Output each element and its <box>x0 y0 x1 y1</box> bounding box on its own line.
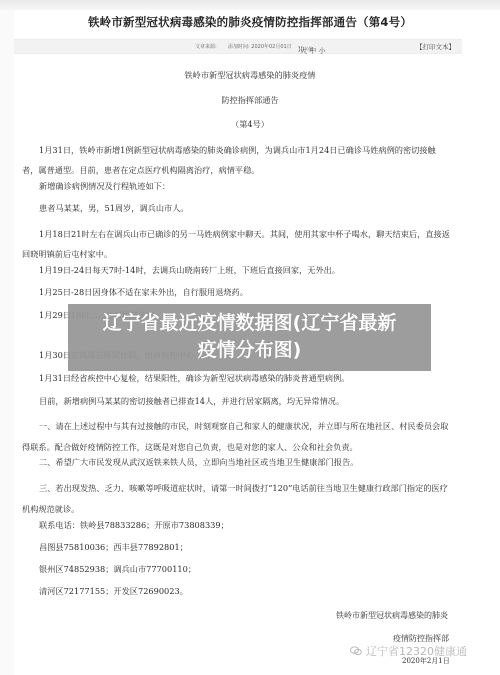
paragraph: 患者马某某，男，51周岁，调兵山市人。 <box>39 203 189 214</box>
top-blur-strip <box>0 0 500 10</box>
paragraph: 三、若出现发热、乏力、咳嗽等呼吸道症状时，请第一时间拨打“120”电话前往当地卫… <box>22 478 452 520</box>
paragraph: 1月18日21时左右在调兵山市已确诊的另一马姓病例家中聊天。其间，使用其家中杯子… <box>22 224 452 264</box>
paragraph: 一、请在上述过程中与其有过接触的市民，时刻观察自己和家人的健康状况，并立即与所在… <box>22 416 452 458</box>
page-margin <box>0 10 14 675</box>
contact-line: 清河区72177155；开发区72690023。 <box>39 586 188 597</box>
paragraph: 新增确诊病例情况及行程轨迹如下： <box>39 181 170 192</box>
font-size-close: 】 <box>298 46 303 53</box>
article-added-time: 添加时间: 2020年02月01日 <box>228 43 292 50</box>
contact-line: 联系电话：铁岭县78833286；开原市73808339； <box>39 520 229 531</box>
paragraph: 1月31日经省疾控中心复检，结果阳性，确诊为新型冠状病毒感染的肺炎普通型病例。 <box>39 373 349 384</box>
contact-line: 银州区74852938；调兵山市77700110； <box>39 564 196 575</box>
page-title: 铁岭市新型冠状病毒感染的肺炎疫情防控指挥部通告（第4号） <box>0 14 500 30</box>
wechat-icon <box>350 646 362 656</box>
article-source: 文章来源: <box>195 43 217 50</box>
font-size-options[interactable]: 大 中 小 <box>300 46 325 56</box>
overlay-title: 辽宁省最近疫情数据图(辽宁省最新 疫情分布图) <box>68 304 431 371</box>
paragraph: 1月31日，铁岭市新增1例新型冠状病毒感染的肺炎确诊病例，为调兵山市1月24日已… <box>22 140 452 180</box>
watermark-text: 辽宁省12320健康通 <box>366 645 467 658</box>
overlay-title-line2: 疫情分布图) <box>198 339 302 361</box>
doc-heading-line2: 防控指挥部通告 <box>0 95 500 106</box>
paragraph: 1月19日-24日每天7时-14时，去调兵山晓南砖厂上班，下班后直接回家，无外出… <box>39 265 340 276</box>
paragraph: 二、希望广大市民发现从武汉返铁来铁人员，立即向当地社区或当地卫生健康部门报告。 <box>39 457 358 468</box>
paragraph: 1月25日-28日因身体不适在家未外出，自行服用退烧药。 <box>39 287 248 298</box>
overlay-title-line1: 辽宁省最近疫情数据图(辽宁省最新 <box>28 310 471 337</box>
watermark: 辽宁省12320健康通 <box>350 643 467 659</box>
signature-org-line1: 铁岭市新型冠状病毒感染的肺炎 <box>336 610 448 621</box>
paragraph: 目前，新增病例马某某的密切接触者已排查14人，并进行居家隔离，均无异常情况。 <box>39 396 344 407</box>
contact-line: 昌图县75810036；西丰县77892801； <box>39 542 188 553</box>
doc-heading-line1: 铁岭市新型冠状病毒感染的肺炎疫情 <box>0 70 500 81</box>
print-text-link[interactable]: 【打印文本】 <box>416 42 455 51</box>
article-meta-bar: 文章来源: 添加时间: 2020年02月01日 【字体:大 中 小】 【打印文本… <box>14 39 462 54</box>
doc-heading-number: （第4号） <box>0 119 500 130</box>
